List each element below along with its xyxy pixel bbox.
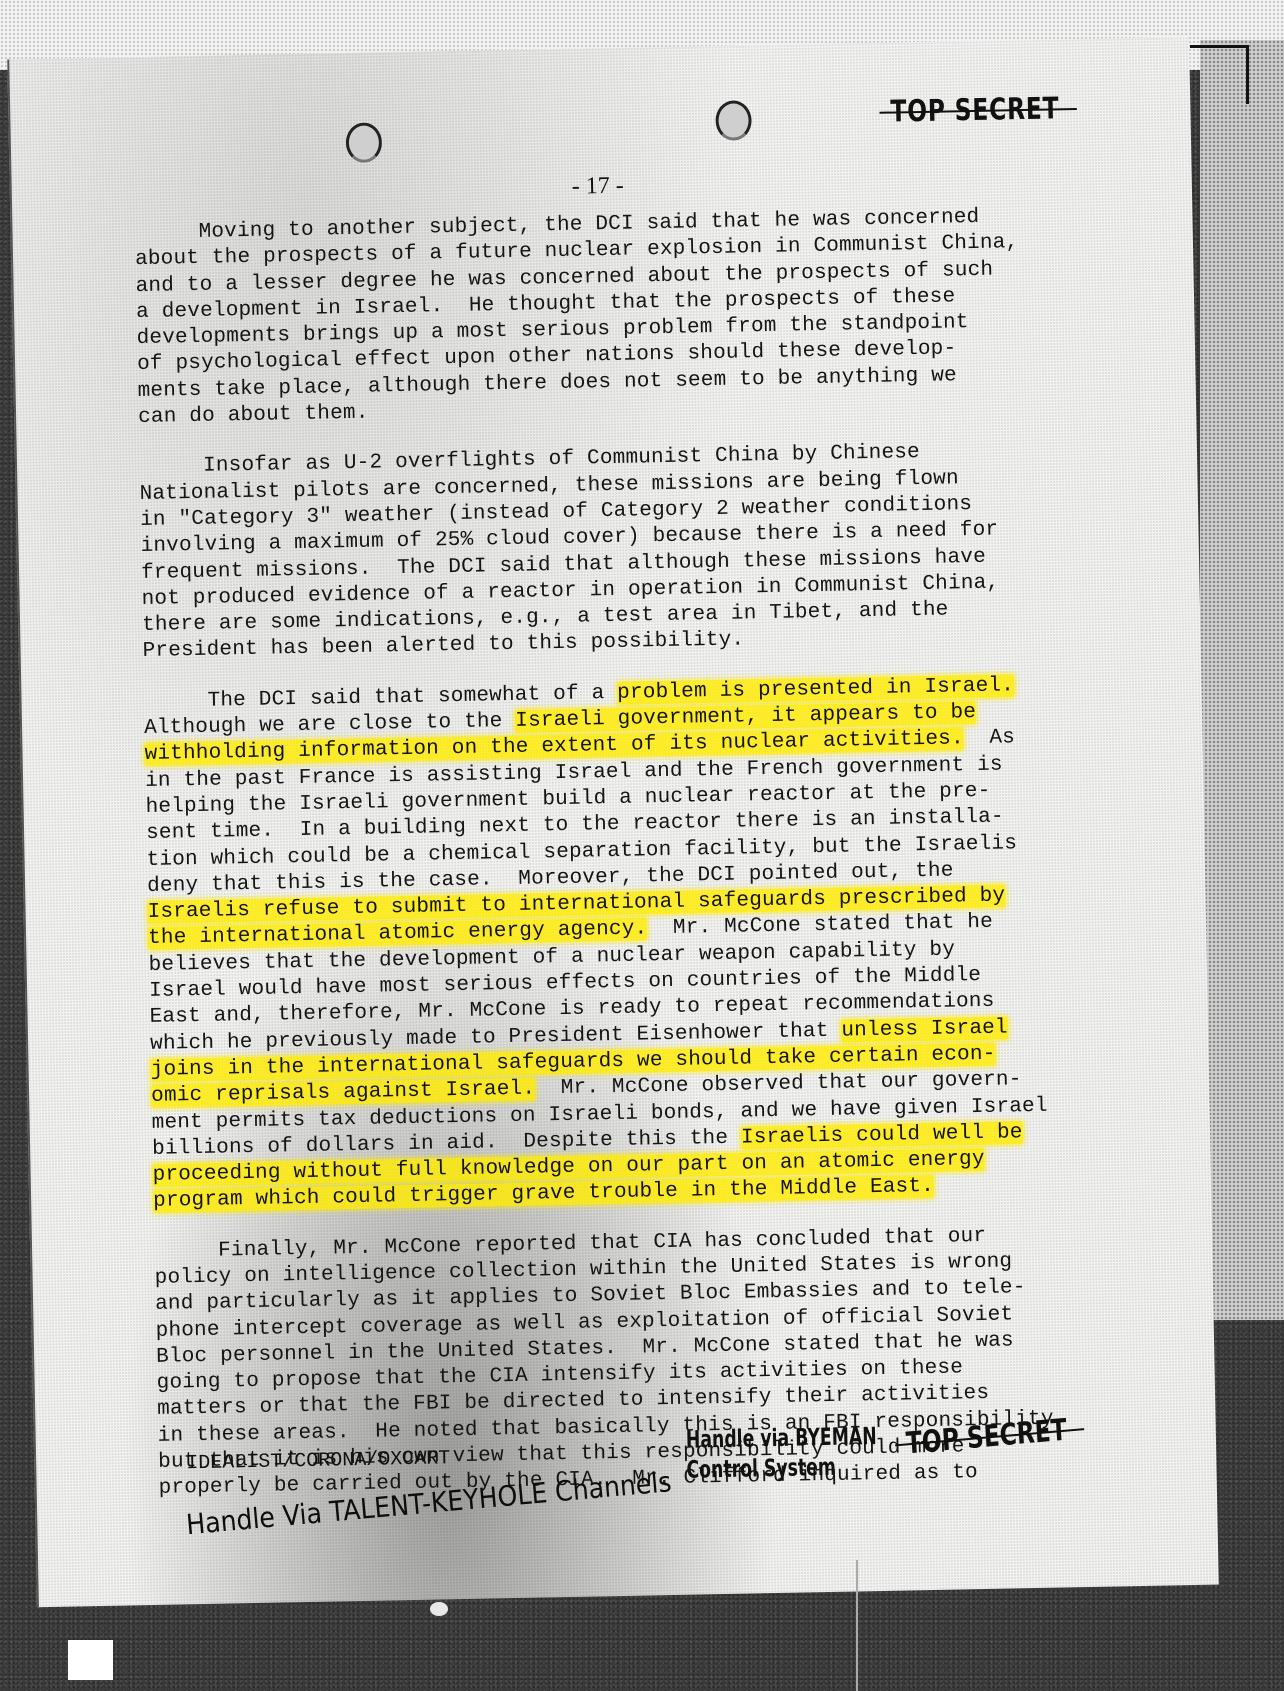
text-segment: As <box>964 727 1016 751</box>
text-segment: Mr. McCone stated that he <box>647 911 993 941</box>
memo-body: Moving to another subject, the DCI said … <box>134 203 1119 1527</box>
document-page: TOP SECRET - 17 - Moving to another subj… <box>7 37 1218 1607</box>
highlighted-passage: Israelis could well be <box>741 1121 1023 1149</box>
corner-bracket-mark <box>1190 45 1249 104</box>
scan-right-edge <box>1200 40 1284 1320</box>
page-number: - 17 - <box>572 173 624 201</box>
byeman-handling-caveat: Handle via BYEMAN Control System <box>686 1421 878 1485</box>
scan-artifact-hole <box>430 1602 448 1616</box>
memo-paragraph: The DCI said that somewhat of a problem … <box>143 671 1113 1215</box>
text-segment: can do about them. <box>138 402 369 429</box>
highlighted-passage: omic reprisals against Israel. <box>151 1078 535 1108</box>
memo-paragraph: Insofar as U-2 overflights of Communist … <box>139 437 1103 666</box>
byeman-line-1: Handle via BYEMAN <box>686 1421 877 1455</box>
memo-paragraph: Moving to another subject, the DCI said … <box>134 203 1098 432</box>
byeman-line-2: Control System <box>686 1451 877 1485</box>
classification-stamp-top: TOP SECRET <box>890 91 1060 129</box>
punch-hole-icon <box>715 100 752 141</box>
highlighted-passage: unless Israel <box>841 1016 1008 1042</box>
scan-white-patch <box>68 1640 113 1680</box>
punch-hole-icon <box>346 122 383 163</box>
scan-fold-line <box>856 1560 858 1691</box>
